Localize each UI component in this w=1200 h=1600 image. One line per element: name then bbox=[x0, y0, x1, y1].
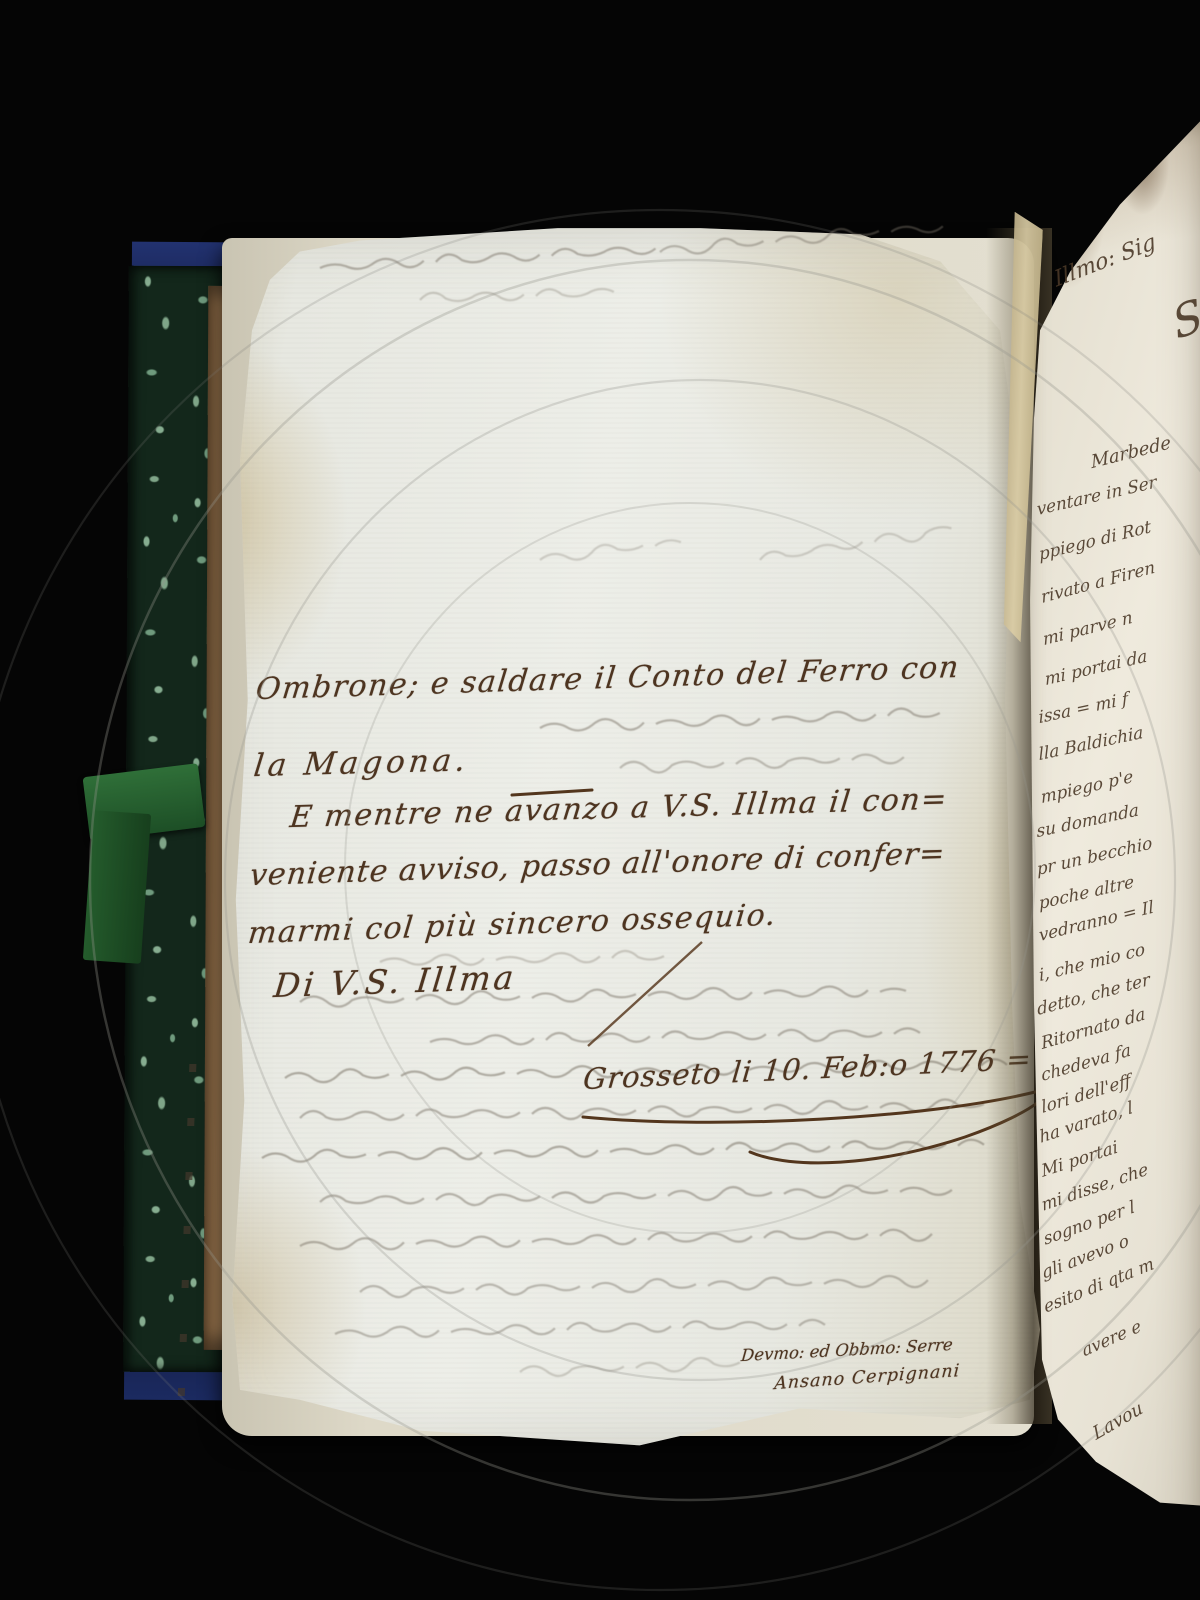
manuscript-photo: Ombrone; e saldare il Conto del Ferro co… bbox=[0, 0, 1200, 1600]
bookmark-ribbon-tail bbox=[83, 810, 151, 964]
letter-line-2: la Magona. bbox=[252, 742, 471, 784]
